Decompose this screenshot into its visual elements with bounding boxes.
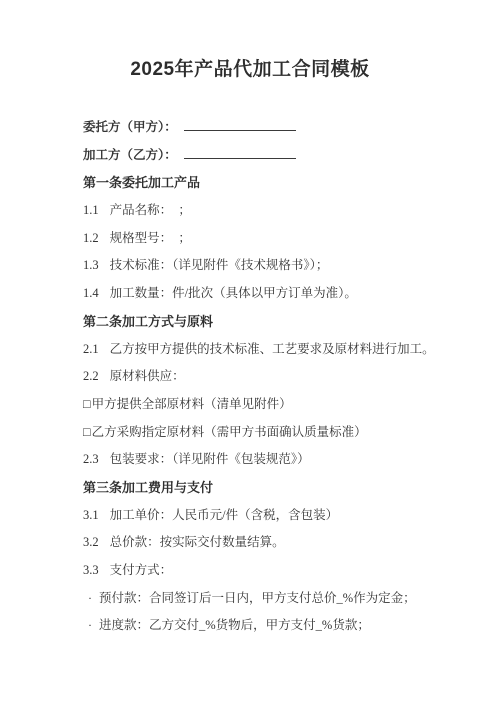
bullet-text: 进度款：乙方交付_%货物后，甲方支付_%货款； (99, 618, 370, 632)
party-b-line: 加工方（乙方）： (83, 142, 462, 170)
clause-number: 1.2 (83, 231, 99, 245)
clause-text: 加工数量：件/批次（具体以甲方订单为准）。 (110, 286, 357, 300)
section-3-heading: 第三条加工费用与支付 (83, 474, 462, 502)
bullet-icon: · (88, 591, 92, 605)
clause-3-3: 3.3支付方式： (83, 557, 462, 585)
clause-2-3: 2.3包装要求：（详见附件《包装规范》） (83, 446, 462, 474)
party-a-line: 委托方（甲方）： (83, 114, 462, 142)
section-2-heading: 第二条加工方式与原料 (83, 308, 462, 336)
party-a-blank-field[interactable] (184, 117, 296, 131)
clause-1-3: 1.3技术标准：（详见附件《技术规格书》）； (83, 252, 462, 280)
clause-text: 加工单价：人民币元/件（含税，含包装） (110, 508, 338, 522)
clause-text: 产品名称： ； (110, 203, 191, 217)
clause-text: 规格型号： ； (110, 231, 191, 245)
clause-number: 2.2 (83, 369, 99, 383)
clause-number: 3.3 (83, 563, 99, 577)
section-1-heading: 第一条委托加工产品 (83, 169, 462, 197)
clause-1-1: 1.1产品名称： ； (83, 197, 462, 225)
party-a-label: 委托方（甲方）： (83, 120, 177, 134)
clause-3-1: 3.1加工单价：人民币元/件（含税，含包装） (83, 502, 462, 530)
clause-3-2: 3.2总价款：按实际交付数量结算。 (83, 529, 462, 557)
clause-1-4: 1.4加工数量：件/批次（具体以甲方订单为准）。 (83, 280, 462, 308)
checkbox-label: 乙方采购指定原材料（需甲方书面确认质量标准） (92, 425, 367, 439)
checkbox-icon[interactable]: □ (83, 425, 91, 439)
clause-text: 原材料供应： (110, 369, 185, 383)
clause-number: 1.4 (83, 286, 99, 300)
contract-document-page: 2025年产品代加工合同模板 委托方（甲方）： 加工方（乙方）： 第一条委托加工… (0, 0, 500, 707)
clause-text: 技术标准：（详见附件《技术规格书》）； (110, 258, 329, 272)
document-body: 委托方（甲方）： 加工方（乙方）： 第一条委托加工产品 1.1产品名称： ； 1… (83, 114, 462, 640)
bullet-progress-payment: ·进度款：乙方交付_%货物后，甲方支付_%货款； (83, 612, 462, 640)
clause-text: 包装要求：（详见附件《包装规范》） (110, 452, 310, 466)
clause-1-2: 1.2规格型号： ； (83, 225, 462, 253)
bullet-text: 预付款：合同签订后一日内，甲方支付总价_%作为定金； (99, 591, 416, 605)
checkbox-icon[interactable]: □ (83, 397, 91, 411)
checkbox-label: 甲方提供全部原材料（清单见附件） (92, 397, 292, 411)
party-b-blank-field[interactable] (184, 145, 296, 159)
clause-number: 1.1 (83, 203, 99, 217)
clause-number: 3.1 (83, 508, 99, 522)
clause-2-2: 2.2原材料供应： (83, 363, 462, 391)
party-b-label: 加工方（乙方）： (83, 148, 177, 162)
clause-text: 总价款：按实际交付数量结算。 (110, 535, 285, 549)
clause-number: 1.3 (83, 258, 99, 272)
clause-number: 2.3 (83, 452, 99, 466)
checkbox-option-material-by-party-b: □乙方采购指定原材料（需甲方书面确认质量标准） (83, 419, 462, 447)
clause-number: 3.2 (83, 535, 99, 549)
clause-text: 支付方式： (110, 563, 173, 577)
clause-text: 乙方按甲方提供的技术标准、工艺要求及原材料进行加工。 (110, 342, 435, 356)
checkbox-option-material-by-party-a: □甲方提供全部原材料（清单见附件） (83, 391, 462, 419)
document-title: 2025年产品代加工合同模板 (0, 0, 500, 82)
clause-2-1: 2.1乙方按甲方提供的技术标准、工艺要求及原材料进行加工。 (83, 336, 462, 364)
clause-number: 2.1 (83, 342, 99, 356)
bullet-icon: · (88, 618, 92, 632)
bullet-prepayment: ·预付款：合同签订后一日内，甲方支付总价_%作为定金； (83, 585, 462, 613)
